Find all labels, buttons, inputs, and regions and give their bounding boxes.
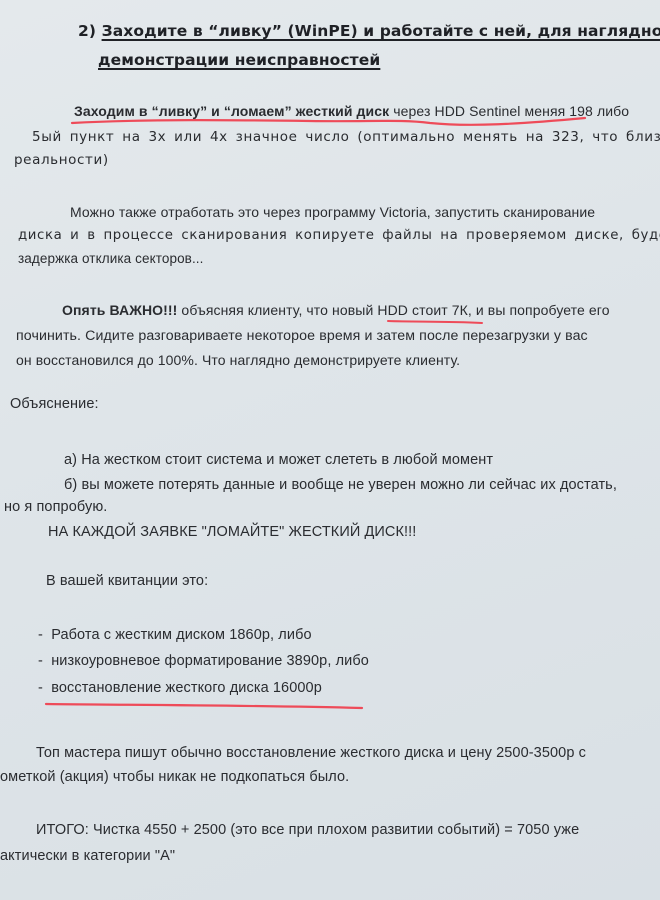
paragraph3-line1: Опять ВАЖНО!!! объясняя клиенту, что нов… [62, 302, 610, 318]
receipt-item-text: низкоуровневое форматирование 3890р, либ… [51, 653, 369, 669]
paragraph4-line2: ометкой (акция) чтобы никак не подкопать… [0, 769, 349, 785]
section-heading-line2: демонстрации неисправностей [98, 51, 380, 69]
section-number: 2) [78, 22, 96, 40]
section-title-cont: демонстрации неисправностей [98, 51, 380, 69]
paragraph4-line1: Топ мастера пишут обычно восстановление … [36, 745, 586, 761]
red-underline-marker-price [44, 700, 366, 710]
section-heading-line1: 2) Заходите в “ливку” (WinPE) и работайт… [78, 22, 660, 40]
receipt-item: - восстановление жесткого диска 16000р [38, 680, 322, 696]
receipt-item-text: восстановление жесткого диска 16000р [51, 680, 322, 696]
receipt-item-text: Работа с жестким диском 1860р, либо [51, 627, 311, 643]
paragraph1-line3: реальности) [14, 152, 109, 168]
total-line2: актически в категории "А" [0, 848, 175, 864]
list-dash: - [38, 653, 43, 669]
total-line1: ИТОГО: Чистка 4550 + 2500 (это все при п… [36, 822, 579, 838]
receipt-label: В вашей квитанции это: [46, 573, 208, 589]
paragraph3-line3: он восстановился до 100%. Что наглядно д… [16, 352, 460, 368]
explanation-item-b: б) вы можете потерять данные и вообще не… [64, 477, 617, 493]
paragraph2-line2: диска и в процессе сканирования копирует… [18, 228, 660, 243]
section-title: Заходите в “ливку” (WinPE) и работайте с… [102, 22, 660, 40]
explanation-item-b-cont: но я попробую. [4, 499, 107, 515]
receipt-item: - низкоуровневое форматирование 3890р, л… [38, 653, 369, 669]
red-underline-marker [70, 115, 590, 129]
paragraph3-bold: Опять ВАЖНО!!! [62, 302, 177, 318]
receipt-item: - Работа с жестким диском 1860р, либо [38, 627, 312, 643]
document-page: 2) Заходите в “ливку” (WinPE) и работайт… [0, 0, 660, 900]
paragraph3-text: объясняя клиенту, что новый [177, 302, 377, 318]
paragraph3-line2: починить. Сидите разговариваете некоторо… [16, 328, 588, 344]
paragraph3-text-end: , и вы попробуете его [468, 302, 610, 318]
paragraph2-line1: Можно также отработать это через програм… [70, 204, 595, 220]
list-dash: - [38, 627, 43, 643]
paragraph1-line2: 5ый пункт на 3х или 4х значное число (оп… [32, 129, 660, 145]
red-underline-marker-hdd [386, 316, 486, 326]
paragraph2-line3: задержка отклика секторов... [18, 251, 204, 266]
list-dash: - [38, 680, 43, 696]
explanation-label: Объяснение: [10, 396, 99, 412]
warning-text: НА КАЖДОЙ ЗАЯВКЕ "ЛОМАЙТЕ" ЖЕСТКИЙ ДИСК!… [48, 524, 416, 540]
explanation-item-a: а) На жестком стоит система и может слет… [64, 452, 493, 468]
